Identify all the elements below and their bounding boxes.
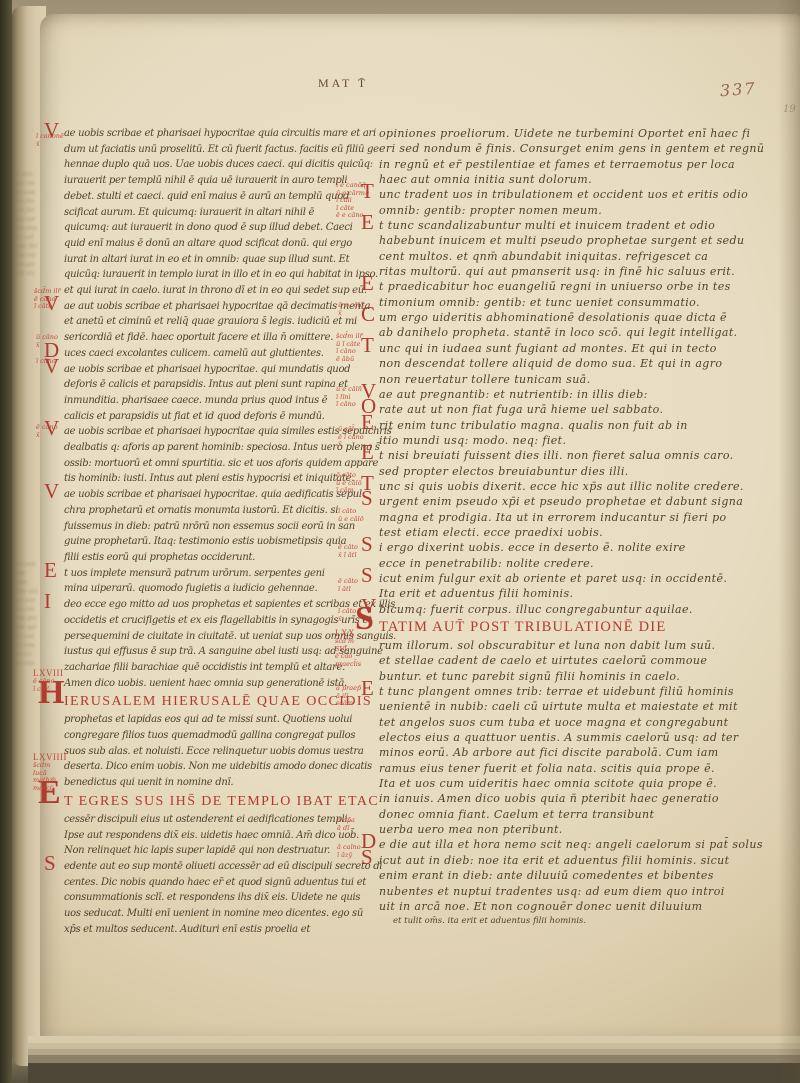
rubricated-initial: V [44, 484, 59, 500]
text-column-right: opiniones proeliorum. Uidete ne turbemin… [379, 126, 751, 930]
text-line: magna et prodigia. Ita ut in errorem ind… [379, 510, 751, 525]
text-line: et qui iurat in caelo. iurat in throno d… [64, 283, 356, 299]
text-line: unc tradent uos in tribulationem et occi… [379, 187, 751, 202]
text-line: icut aut in dieb: noe ita erit et aduent… [379, 853, 751, 868]
paragraph: Vae uobis scribae et pharisaei hypocrita… [64, 487, 356, 566]
gloss-line: ū e cālō [338, 516, 364, 524]
text-line: unc qui in iudaea sunt fugiant ad montes… [379, 341, 751, 356]
text-line: deo ecce ego mitto ad uos prophetas et s… [64, 597, 356, 613]
text-line: Ita erit et aduentus filii hominis. [379, 586, 751, 601]
text-line: ramus eius tener fuerit et folia nata. s… [379, 761, 751, 776]
rubricated-initial: E [361, 681, 374, 696]
text-line: centes. Dic nobis quando haec er̄ et quo… [64, 875, 356, 891]
canon-reference-gloss: ē cātoū e cālōī cām [336, 472, 362, 495]
gloss-line: ē e cāno [336, 212, 369, 220]
canon-reference-gloss: ū e cālōx̄ [338, 302, 364, 317]
text-line: et tulit om̄s. ita erit et aduentus fili… [379, 914, 751, 929]
paragraph: Et tunc scandalizabuntur multi et inuice… [379, 218, 751, 279]
text-line: rate aut ut non fiat fuga urā hieme uel … [379, 402, 751, 417]
bleedthrough-smudge: tra nos fide cum dies ora nis sco uia lo… [14, 560, 40, 860]
text-line: rum illorum. sol obscurabitur et luna no… [379, 638, 751, 653]
text-line: xp̄s et multos seducent. Audituri enī es… [64, 922, 356, 938]
text-line: congregare filios tuos quemadmodū gallin… [64, 728, 356, 744]
paragraph: Si ergo dixerint uobis. ecce in deserto … [379, 540, 751, 571]
text-line: haec aut omnia initia sunt dolorum. [379, 172, 751, 187]
text-line: iurat in altari iurat in eo et in omnib:… [64, 252, 356, 268]
gloss-line: ī cām [336, 487, 362, 495]
rubricated-initial: E [44, 563, 57, 579]
text-line: donec omnia fiant. Caelum et terra trans… [379, 807, 751, 822]
canon-reference-gloss: s̄cd̄m ilr̄ū ī cāteī cānoē ābū [336, 333, 363, 363]
text-line: uces caeci excolantes culicem. camelū au… [64, 346, 356, 362]
paragraph: Et nisi breuiati fuissent dies illi. non… [379, 448, 751, 479]
rubricated-initial: S [44, 856, 55, 872]
canon-reference-gloss: ī cātoū e cālō [338, 508, 364, 523]
gloss-line: ī ātī [338, 586, 358, 594]
text-line: unc si quis uobis dixerit. ecce hic xp̄s… [379, 479, 751, 494]
text-line: t praedicabitur hoc euangeliū regni in u… [379, 279, 751, 294]
gloss-line: x̄ [36, 432, 58, 440]
rubricated-initial: S [361, 568, 373, 583]
rubric-display-line: TATIM AUT̄ POST TRIBULATIONĒ DIE [379, 617, 751, 638]
text-column-left: Vae uobis scribae et pharisaei hypocrita… [64, 126, 356, 937]
paragraph: Sicut aut in dieb: noe ita erit et aduen… [379, 853, 751, 930]
text-line: iurauerit per templū nihil ē quia uē iur… [64, 173, 356, 189]
running-title: MAT T̄ [318, 76, 368, 91]
text-line: opiniones proeliorum. Uidete ne turbemin… [379, 126, 751, 141]
rubric-display-line: IERUSALEM HIERUSALĒ QUAE OCCIDIS [64, 691, 356, 712]
paragraph: Et praedicabitur hoc euangeliū regni in … [379, 279, 751, 310]
gloss-line: x̄ ī ātī [338, 552, 358, 560]
text-line: itio mundi usq: modo. neq: fiet. [379, 433, 751, 448]
canon-reference-gloss: s̄cd̄m ilr̄ē cānoī cāte [34, 288, 61, 311]
paragraph: Vbicumq: fuerit corpus. illuc congregabu… [379, 602, 751, 617]
gloss-line: ā dī [337, 825, 355, 833]
text-line: dum ut faciatis unū proselitū. Et cū fue… [64, 142, 356, 158]
paragraph: Sicut enim fulgur exit ab oriente et par… [379, 571, 751, 602]
text-line: scificat aurum. Et quicumq: iurauerit in… [64, 205, 356, 221]
rubricated-initial: S [361, 850, 373, 865]
text-line: Ita et uos cum uideritis haec omnia scit… [379, 776, 751, 791]
text-line: fuissemus in dieb: patrū nrōrū non essem… [64, 519, 356, 535]
folio-number: 337 [719, 79, 757, 101]
text-line: t nisi breuiati fuissent dies illi. non … [379, 448, 751, 463]
gloss-line: x̄ [36, 342, 58, 350]
text-line: minos eorū. Ab arbore aut fici discite p… [379, 745, 751, 760]
canon-reference-gloss: ū e cāln̄ī līniī cāno [336, 386, 362, 409]
text-line: deserta. Dico enim uobis. Non me uidebit… [64, 759, 356, 775]
paragraph: Cum ergo uideritis abhominationē desolat… [379, 310, 751, 341]
text-line: prophetas et lapidas eos qui ad te missi… [64, 712, 356, 728]
text-line: suos sub alas. et noluisti. Ecce relinqu… [64, 744, 356, 760]
paragraph: Surgent enim pseudo xp̄i et pseudo proph… [379, 494, 751, 540]
canon-reference-gloss: ē cānox̄ [36, 424, 58, 439]
canon-reference-gloss: ū cānox̄ [36, 334, 58, 349]
rubricated-initial: T [361, 338, 374, 353]
canon-reference-gloss: ā caīnoī āzȳ [337, 844, 361, 859]
text-line: quid enī maius ē donū an altare quod sci… [64, 236, 356, 252]
paragraph: Vae uobis scribae et pharisaei hypocrita… [64, 424, 356, 487]
text-line: ossib: mortuorū et omni spurtitia. sic e… [64, 456, 356, 472]
text-line: uit in arcā noe. Et non cognouēr donec u… [379, 899, 751, 914]
text-line: calicis et parapsidis ut fiat et id quod… [64, 409, 356, 425]
text-line: mina uiperarū. quomodo fugietis a iudici… [64, 581, 356, 597]
text-line: quicūq: iurauerit in templo iurat in ill… [64, 267, 356, 283]
text-line: e die aut illa et hora nemo scit neq: an… [379, 837, 751, 852]
gloss-line: x̄ [338, 310, 364, 318]
gloss-line: ī cāno [336, 401, 362, 409]
text-line: uos seducat. Multi enī uenient in nomine… [64, 906, 356, 922]
rubric-display-line: T EGRES SUS IHS̄ DE TEMPLO IBAT ETAC [64, 791, 356, 812]
rubricated-initial: I [44, 594, 51, 610]
paragraph: Ideo ecce ego mitto ad uos prophetas et … [64, 597, 356, 691]
gloss-line: praecl̄is [335, 661, 361, 669]
text-line: icut enim fulgur exit ab oriente et pare… [379, 571, 751, 586]
text-line: omnib: gentib: propter nomen meum. [379, 203, 751, 218]
text-line: zachariae filii barachiae quē occidistis… [64, 660, 356, 676]
text-line: sed propter electos breuiabuntur dies il… [379, 464, 751, 479]
text-line: ae uobis scribae et pharisaei hypocritae… [64, 487, 356, 503]
text-line: chra prophetarū et ornatis monumta iusto… [64, 503, 356, 519]
text-line: cessēr discipuli eius ut ostenderent ei … [64, 812, 356, 828]
text-line: habebunt inuicem et multi pseudo prophet… [379, 233, 751, 248]
paragraph: Tunc qui in iudaea sunt fugiant ad monte… [379, 341, 751, 387]
paragraph: De die aut illa et hora nemo scit neq: a… [379, 837, 751, 852]
rubricated-initial: S [361, 491, 373, 506]
text-line: benedictus qui uenit in nomine dnī. [64, 775, 356, 791]
gloss-line: x̄ [338, 441, 364, 449]
bottom-page-edges [28, 1036, 800, 1083]
paragraph: Vae uobis scribae et pharisaei hypocrita… [64, 362, 356, 425]
text-line: electos eius a quattuor uentis. A summis… [379, 730, 751, 745]
text-line: t tunc scandalizabuntur multi et inuicem… [379, 218, 751, 233]
paragraph: Orate aut ut non fiat fuga urā hieme uel… [379, 402, 751, 417]
canon-reference-gloss: ī canonēx̄ [36, 133, 64, 148]
text-line: in ianuis. Amen dico uobis quia n̄ pteri… [379, 791, 751, 806]
paragraph: Et uos implete mensurā patrum urōrum. se… [64, 566, 356, 597]
text-line: ae uobis scribae et pharisaei hypocritae… [64, 424, 356, 440]
text-line: ae uobis scribae et pharisaei hypocritae… [64, 362, 356, 378]
canon-reference-gloss: LXVIIIIs̄cd̄mlucāmathm̄marcū [33, 752, 67, 792]
gloss-line: ī cāte [34, 303, 61, 311]
text-line: i ergo dixerint uobis. ecce in deserto ē… [379, 540, 751, 555]
gloss-line: scām [336, 700, 361, 708]
text-line: hennae duplo quā uos. Uae uobis duces ca… [64, 157, 356, 173]
text-line: t tunc plangent omnes trib: terrae et ui… [379, 684, 751, 699]
gloss-line: marcū [33, 785, 67, 793]
photo-right-shadow [778, 0, 800, 1083]
text-line: rit enim tunc tribulatio magna. qualis n… [379, 418, 751, 433]
text-line: ae aut pregnantib: et nutrientib: in ill… [379, 387, 751, 402]
text-line: timonium omnib: gentib: et tunc ueniet c… [379, 295, 751, 310]
text-line: persequemini de ciuitate in ciuitatē. ut… [64, 629, 356, 645]
canon-reference-gloss: LXVIIIē cānoī circ̄ [33, 668, 64, 693]
text-line: inmunditia. pharisaee caece. munda prius… [64, 393, 356, 409]
canon-reference-gloss: LXXs̄cd'mSVL̄ē cāopraecl̄is [335, 628, 361, 668]
text-line: non reuertatur tollere tunicam suā. [379, 372, 751, 387]
text-line: tis hominib: iusti. Intus aut pleni esti… [64, 471, 356, 487]
text-line: Non relinquet hic lapis super lapidē qui… [64, 843, 356, 859]
paragraph: Tunc tradent uos in tribulationem et occ… [379, 187, 751, 218]
canon-reference-gloss: ā praep̄ā ilīscām [336, 685, 361, 708]
rubricated-initial: S [361, 537, 373, 552]
gloss-line: x̄ [338, 616, 356, 624]
text-line: iustus qui effusus ē sup trā. A sanguine… [64, 644, 356, 660]
paragraph: Vae aut uobis scribae et pharisaei hypoc… [64, 299, 356, 346]
gloss-line: ī cāno [36, 358, 56, 366]
text-line: Amen dico uobis. uenient haec omnia sup … [64, 676, 356, 692]
text-line: in regnū et er̄ pestilentiae et fames et… [379, 157, 751, 172]
text-line: filii estis eorū qui prophetas occiderun… [64, 550, 356, 566]
paragraph: Et tunc plangent omnes trib: terrae et u… [379, 684, 751, 837]
rubricated-initial: E [361, 276, 374, 291]
gloss-line: ī canonē [36, 133, 64, 141]
text-line: ae uobis scribae et pharisaei hypocritae… [64, 126, 356, 142]
paragraph: STATIM AUT̄ POST TRIBULATIONĒ DIErum ill… [379, 617, 751, 684]
manuscript-photo: ui sim qui loe ric nus tra die sco fer u… [0, 0, 800, 1083]
text-line: ritas multorū. qui aut pmanserit usq: in… [379, 264, 751, 279]
text-line: buntur. et tunc parebit signū filii homi… [379, 669, 751, 684]
canon-reference-gloss: ī cāno [36, 358, 56, 366]
paragraph: Duces caeci excolantes culicem. camelū a… [64, 346, 356, 362]
paragraph: Sedente aut eo sup montē oliueti accessē… [64, 859, 356, 938]
text-line: Ipse aut respondens dix̄ eis. uidetis ha… [64, 828, 356, 844]
text-line: edente aut eo sup montē oliueti accessēr… [64, 859, 356, 875]
gloss-line: x̄ [36, 141, 64, 149]
text-line: consummationis sclī. et respondens ihs d… [64, 890, 356, 906]
text-line: uerba uero mea non pteribunt. [379, 822, 751, 837]
canon-reference-gloss: ī cātox̄ [338, 608, 356, 623]
text-line: bicumq: fuerit corpus. illuc congregabun… [379, 602, 751, 617]
text-line: et anetū et ciminū et reliq̄ quae grauio… [64, 314, 356, 330]
gloss-line: ē ābū [336, 356, 363, 364]
paragraph: Vae uobis scribae et pharisaei hypocrita… [64, 126, 356, 299]
book-binding-edge [0, 0, 12, 1083]
text-line: cent multos. et qnm̄ abundabit iniquitas… [379, 249, 751, 264]
text-line: ab danihelo propheta. stantē in loco scō… [379, 325, 751, 340]
text-line: debet. stulti et caeci. quid enī maius ē… [64, 189, 356, 205]
text-line: occidetis et crucifigetis et ex eis flag… [64, 613, 356, 629]
paragraph: HIERUSALEM HIERUSALĒ QUAE OCCIDISprophet… [64, 691, 356, 791]
text-line: ecce in penetrabilib: nolite credere. [379, 556, 751, 571]
gloss-line: ī circ̄ [33, 686, 64, 694]
paragraph: ET EGRES SUS IHS̄ DE TEMPLO IBAT ETACces… [64, 791, 356, 859]
text-line: dealbatis q: aforis ap parent hominib: s… [64, 440, 356, 456]
canon-reference-gloss: ī e canōq̄ū e cārmq̄ī cāliī cāteē e cāno [336, 182, 369, 220]
gloss-line: ī āzȳ [337, 852, 361, 860]
text-line: ae aut uobis scribae et pharisaei hypocr… [64, 299, 356, 315]
paragraph: opiniones proeliorum. Uidete ne turbemin… [379, 126, 751, 187]
rubricated-initial: S [355, 611, 374, 626]
text-line: non descendat tollere aliquid de domo su… [379, 356, 751, 371]
text-line: deforis ē calicis et parapsidis. Intus a… [64, 377, 356, 393]
paragraph: Tunc si quis uobis dixerit. ecce hic xp̄… [379, 479, 751, 494]
canon-reference-gloss: ā ap̄aā dī [337, 817, 355, 832]
text-line: test etiam electi. ecce praedixi uobis. [379, 525, 751, 540]
canon-reference-gloss: ū cāl̄ē ī cānox̄ [338, 426, 364, 449]
paragraph: Erit enim tunc tribulatio magna. qualis … [379, 418, 751, 449]
text-line: eri sed nondum ē finis. Consurget enim g… [379, 141, 751, 156]
text-line: urgent enim pseudo xp̄i et pseudo prophe… [379, 494, 751, 509]
text-line: uenientē in nubib: caeli cū uirtute mult… [379, 699, 751, 714]
text-line: nubentes et nuptui tradentes usq: ad eum… [379, 884, 751, 899]
text-line: et stellae cadent de caelo et uirtutes c… [379, 653, 751, 668]
canon-reference-gloss: ē cātox̄ ī ātī [338, 544, 358, 559]
text-line: sericordiā et fidē. haec oportuit facere… [64, 330, 356, 346]
text-line: guine prophetarū. Itaq: testimonio estis… [64, 534, 356, 550]
text-line: enim erant in dieb: ante diluuiū comeden… [379, 868, 751, 883]
text-line: t uos implete mensurā patrum urōrum. ser… [64, 566, 356, 582]
text-line: quicumq: aut iurauerit in dono quod ē su… [64, 220, 356, 236]
paragraph: Vae aut pregnantib: et nutrientib: in il… [379, 387, 751, 402]
text-line: um ergo uideritis abhominationē desolati… [379, 310, 751, 325]
canon-reference-gloss: ē cātoī ātī [338, 578, 358, 593]
text-line: tet angelos suos cum tuba et uoce magna … [379, 715, 751, 730]
